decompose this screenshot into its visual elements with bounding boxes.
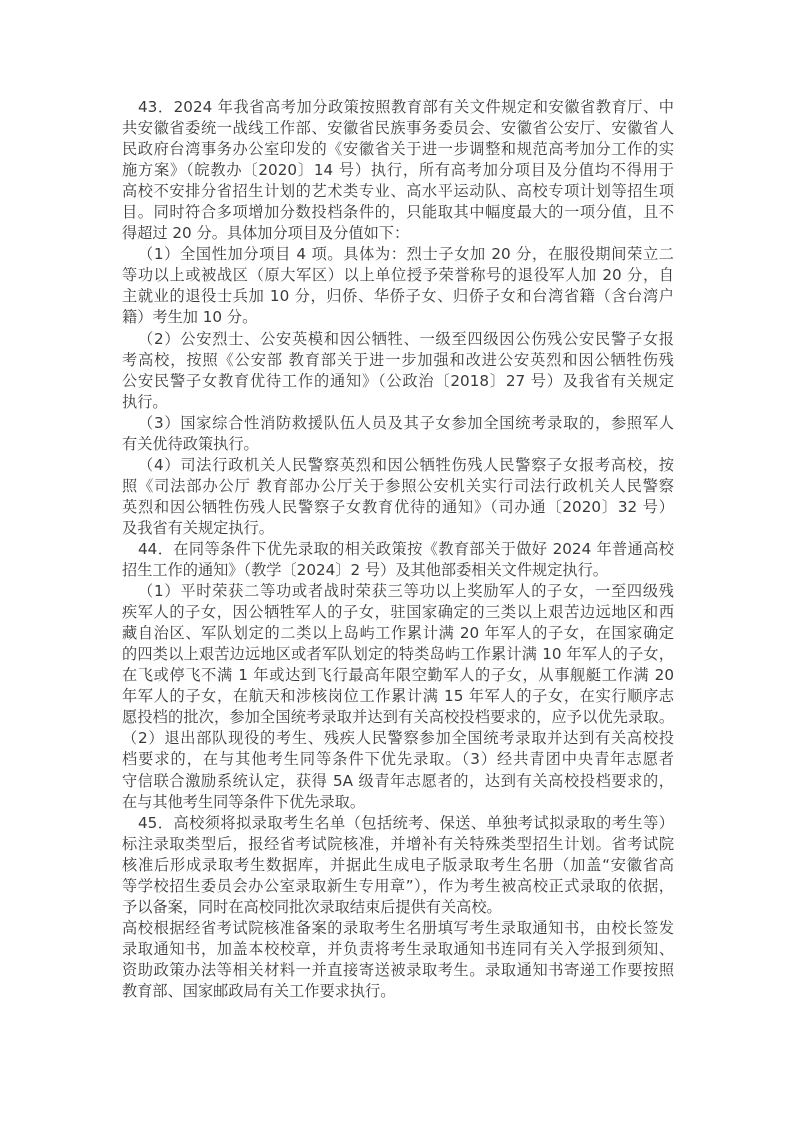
text-line: 目。同时符合多项增加分数投档条件的，只能取其中幅度最大的一项分值，且不 xyxy=(122,202,674,223)
text-line: 藏自治区、军队划定的二类以上岛屿工作累计满 20 年军人的子女，在国家确定 xyxy=(122,623,674,644)
paragraph-45: 45．高校须将拟录取考生名单（包括统考、保送、单独考试拟录取的考生等） 标注录取… xyxy=(122,813,674,918)
text-line: 施方案》（皖教办〔2020〕14 号）执行，所有高考加分项目及分值均不得用于 xyxy=(122,160,674,181)
text-line: 籍）考生加 10 分。 xyxy=(122,307,674,328)
document-page: 43．2024 年我省高考加分政策按照教育部有关文件规定和安徽省教育厅、中 共安… xyxy=(0,0,793,1122)
text-line: 在与其他考生同等条件下优先录取。 xyxy=(122,792,674,813)
document-body: 43．2024 年我省高考加分政策按照教育部有关文件规定和安徽省教育厅、中 共安… xyxy=(122,97,674,1002)
text-line: 得超过 20 分。具体加分项目及分值如下： xyxy=(122,223,674,244)
text-line: 录取通知书，加盖本校校章，并负责将考生录取通知书连同有关入学报到须知、 xyxy=(122,939,674,960)
paragraph-44-item-1: （1）平时荣获二等功或者战时荣获三等功以上奖励军人的子女，一至四级残 疾军人的子… xyxy=(122,581,674,728)
text-line: 予以备案，同时在高校同批次录取结束后提供有关高校。 xyxy=(122,897,674,918)
text-line: 招生工作的通知》（教学〔2024〕2 号）及其他部委相关文件规定执行。 xyxy=(122,560,674,581)
text-line: 民政府台湾事务办公室印发的《安徽省关于进一步调整和规范高考加分工作的实 xyxy=(122,139,674,160)
text-line: 高校根据经省考试院核准备案的录取考生名册填写考生录取通知书，由校长签发 xyxy=(122,918,674,939)
paragraph-43-item-3: （3）国家综合性消防救援队伍人员及其子女参加全国统考录取的，参照军人 有关优待政… xyxy=(122,413,674,455)
text-line: 资助政策办法等相关材料一并直接寄送被录取考生。录取通知书寄递工作要按照 xyxy=(122,960,674,981)
text-line: 共安徽省委统一战线工作部、安徽省民族事务委员会、安徽省公安厅、安徽省人 xyxy=(122,118,674,139)
text-line: 等功以上或被战区（原大军区）以上单位授予荣誉称号的退役军人加 20 分，自 xyxy=(122,265,674,286)
text-line: 43．2024 年我省高考加分政策按照教育部有关文件规定和安徽省教育厅、中 xyxy=(122,97,674,118)
text-line: 有关优待政策执行。 xyxy=(122,434,674,455)
text-line: 执行。 xyxy=(122,392,674,413)
text-line: （3）国家综合性消防救援队伍人员及其子女参加全国统考录取的，参照军人 xyxy=(122,413,674,434)
text-line: （2）退出部队现役的考生、残疾人民警察参加全国统考录取并达到有关高校投 xyxy=(122,728,674,749)
paragraph-44-items-2-3: （2）退出部队现役的考生、残疾人民警察参加全国统考录取并达到有关高校投 档要求的… xyxy=(122,728,674,812)
text-line: （4）司法行政机关人民警察英烈和因公牺牲伤残人民警察子女报考高校，按 xyxy=(122,455,674,476)
paragraph-45-notice: 高校根据经省考试院核准备案的录取考生名册填写考生录取通知书，由校长签发 录取通知… xyxy=(122,918,674,1002)
text-line: 英烈和因公牺牲伤残人民警察子女教育优待的通知》（司办通〔2020〕32 号） xyxy=(122,497,674,518)
text-line: 年军人的子女，在航天和涉核岗位工作累计满 15 年军人的子女，在实行顺序志 xyxy=(122,686,674,707)
text-line: 照《司法部办公厅 教育部办公厅关于参照公安机关实行司法行政机关人民警察 xyxy=(122,476,674,497)
text-line: 45．高校须将拟录取考生名单（包括统考、保送、单独考试拟录取的考生等） xyxy=(122,813,674,834)
paragraph-43: 43．2024 年我省高考加分政策按照教育部有关文件规定和安徽省教育厅、中 共安… xyxy=(122,97,674,244)
text-line: 的四类以上艰苦边远地区或者军队划定的特类岛屿工作累计满 10 年军人的子女， xyxy=(122,644,674,665)
text-line: 愿投档的批次，参加全国统考录取并达到有关高校投档要求的，应予以优先录取。 xyxy=(122,707,674,728)
paragraph-44: 44．在同等条件下优先录取的相关政策按《教育部关于做好 2024 年普通高校 招… xyxy=(122,539,674,581)
text-line: （1）平时荣获二等功或者战时荣获三等功以上奖励军人的子女，一至四级残 xyxy=(122,581,674,602)
text-line: （2）公安烈士、公安英模和因公牺牲、一级至四级因公伤残公安民警子女报 xyxy=(122,329,674,350)
text-line: 核准后形成录取考生数据库，并据此生成电子版录取考生名册（加盖“安徽省高 xyxy=(122,855,674,876)
text-line: 档要求的，在与其他考生同等条件下优先录取。（3）经共青团中央青年志愿者 xyxy=(122,749,674,770)
paragraph-43-item-4: （4）司法行政机关人民警察英烈和因公牺牲伤残人民警察子女报考高校，按 照《司法部… xyxy=(122,455,674,539)
text-line: （1）全国性加分项目 4 项。具体为：烈士子女加 20 分，在服役期间荣立二 xyxy=(122,244,674,265)
text-line: 在飞或停飞不满 1 年或达到飞行最高年限空勤军人的子女，从事舰艇工作满 20 xyxy=(122,665,674,686)
text-line: 守信联合激励系统认定，获得 5A 级青年志愿者的，达到有关高校投档要求的， xyxy=(122,771,674,792)
text-line: 疾军人的子女，因公牺牲军人的子女，驻国家确定的三类以上艰苦边远地区和西 xyxy=(122,602,674,623)
text-line: 及我省有关规定执行。 xyxy=(122,518,674,539)
text-line: 考高校，按照《公安部 教育部关于进一步加强和改进公安英烈和因公牺牲伤残 xyxy=(122,350,674,371)
text-line: 44．在同等条件下优先录取的相关政策按《教育部关于做好 2024 年普通高校 xyxy=(122,539,674,560)
text-line: 高校不安排分省招生计划的艺术类专业、高水平运动队、高校专项计划等招生项 xyxy=(122,181,674,202)
text-line: 公安民警子女教育优待工作的通知》（公政治〔2018〕27 号）及我省有关规定 xyxy=(122,371,674,392)
text-line: 教育部、国家邮政局有关工作要求执行。 xyxy=(122,981,674,1002)
text-line: 标注录取类型后，报经省考试院核准，并增补有关特殊类型招生计划。省考试院 xyxy=(122,834,674,855)
text-line: 等学校招生委员会办公室录取新生专用章”），作为考生被高校正式录取的依据， xyxy=(122,876,674,897)
paragraph-43-item-1: （1）全国性加分项目 4 项。具体为：烈士子女加 20 分，在服役期间荣立二 等… xyxy=(122,244,674,328)
text-line: 主就业的退役士兵加 10 分，归侨、华侨子女、归侨子女和台湾省籍（含台湾户 xyxy=(122,286,674,307)
paragraph-43-item-2: （2）公安烈士、公安英模和因公牺牲、一级至四级因公伤残公安民警子女报 考高校，按… xyxy=(122,329,674,413)
